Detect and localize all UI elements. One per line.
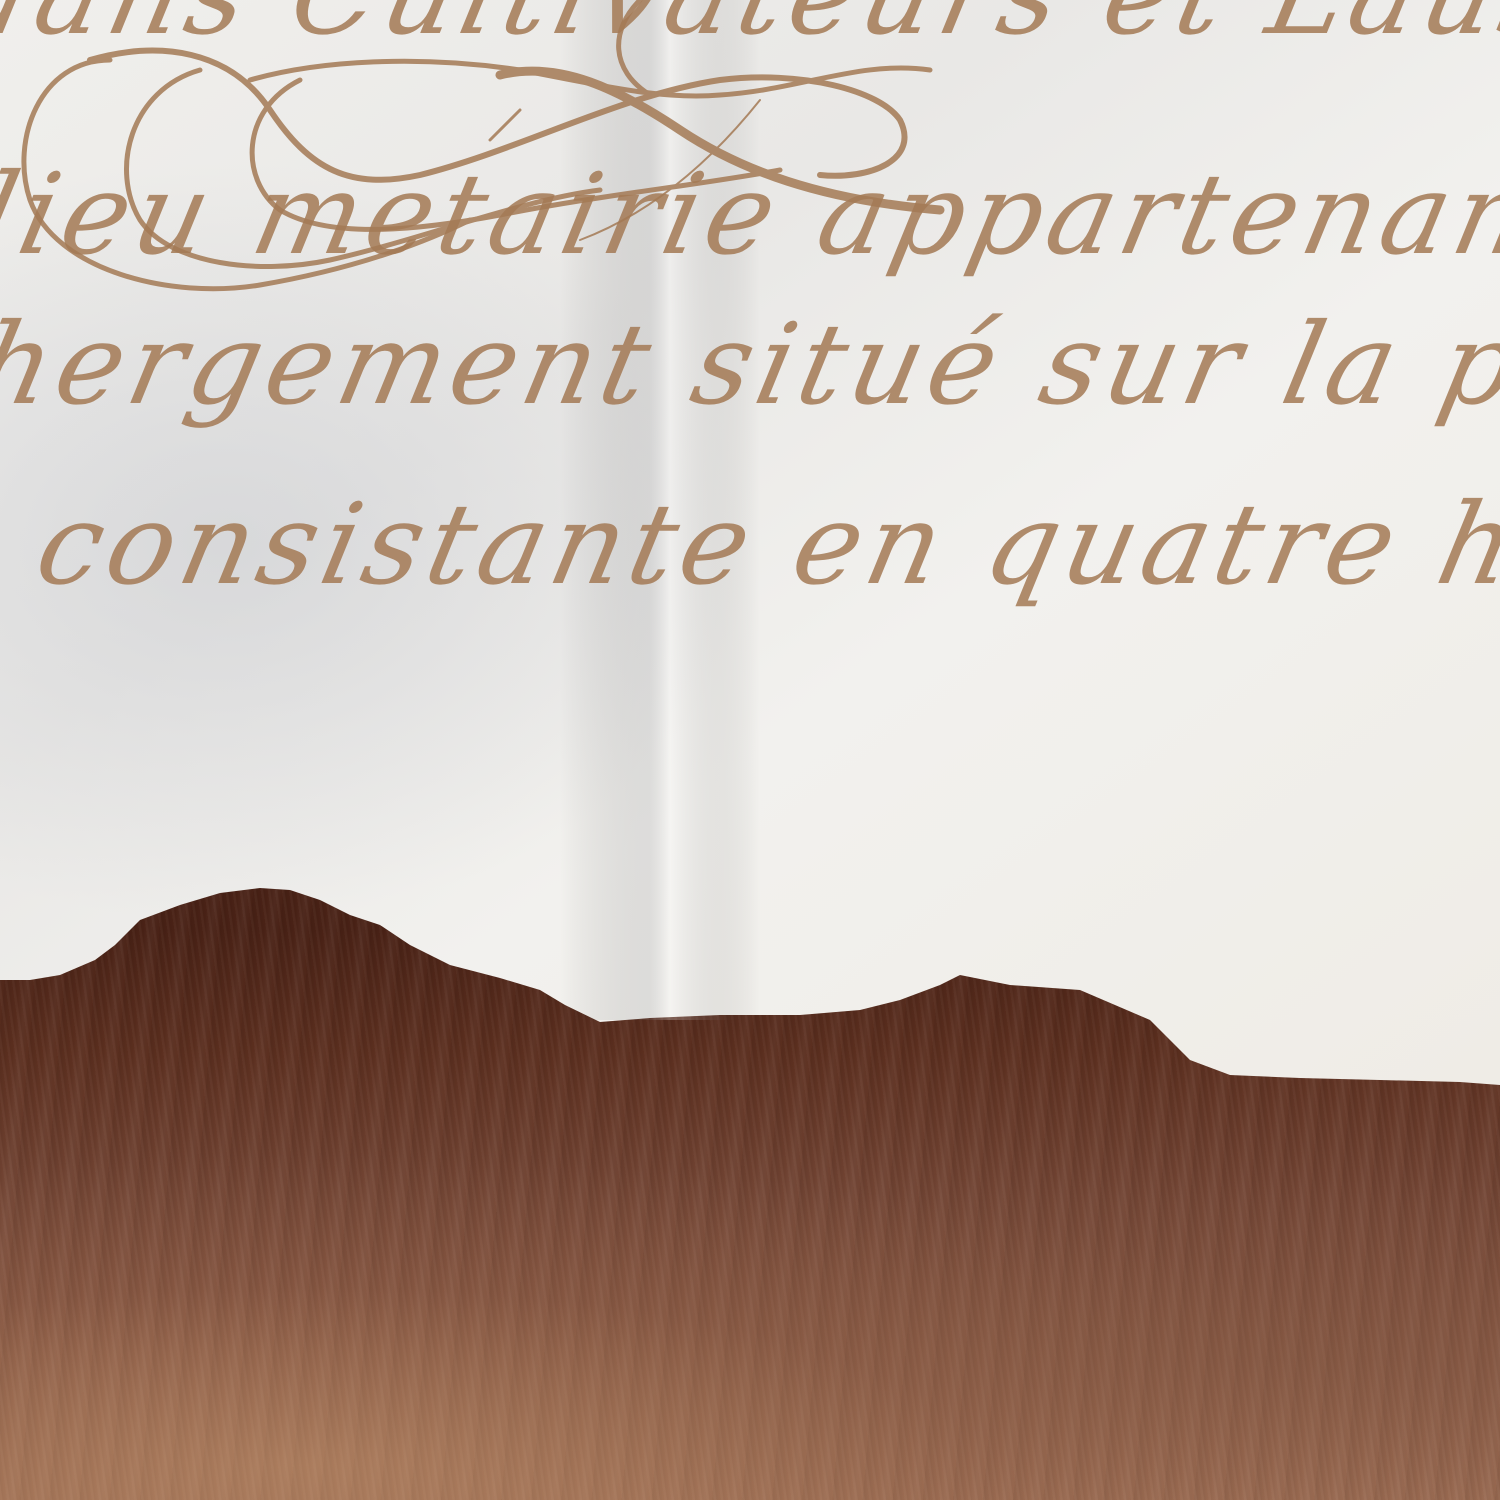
document-photo: dans Cultivateurs et Lause lieu metairie… [0, 0, 1500, 1500]
calligraphic-flourish-icon [0, 0, 960, 320]
paper-sheet: dans Cultivateurs et Lause lieu metairie… [0, 0, 1500, 1500]
text-line-4: consistante en quatre hau [26, 480, 1500, 610]
